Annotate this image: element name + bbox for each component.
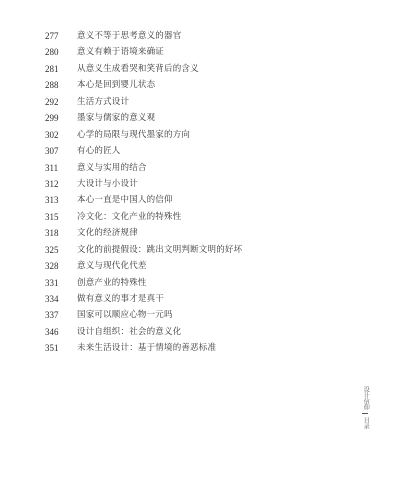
toc-entry-title: 设计自组织：社会的意义化 xyxy=(77,324,181,340)
toc-entry-title: 意义与实用的结合 xyxy=(77,160,147,176)
toc-entry[interactable]: 318文化的经济规律 xyxy=(45,225,365,241)
toc-entry[interactable]: 288本心是回到婴儿状态 xyxy=(45,77,365,93)
toc-page-number: 325 xyxy=(45,242,77,258)
toc-entry-title: 意义与现代化代差 xyxy=(77,258,147,274)
toc-entry-title: 文化的经济规律 xyxy=(77,225,138,241)
running-side-label: 设计信仰 目录 xyxy=(360,386,370,429)
toc-page-number: 328 xyxy=(45,258,77,274)
toc-entry[interactable]: 307有心的匠人 xyxy=(45,143,365,159)
toc-entry-title: 冷文化：文化产业的特殊性 xyxy=(77,209,181,225)
toc-entry[interactable]: 328意义与现代化代差 xyxy=(45,258,365,274)
toc-entry-title: 未来生活设计：基于情境的善恶标准 xyxy=(77,340,216,356)
side-label-divider xyxy=(362,413,368,414)
table-of-contents: 277意义不等于思考意义的器官 280意义有赖于语境来确证 281从意义生成看哭… xyxy=(45,28,365,357)
toc-entry[interactable]: 325文化的前提假设：跳出文明判断文明的好坏 xyxy=(45,242,365,258)
toc-entry[interactable]: 311意义与实用的结合 xyxy=(45,160,365,176)
toc-page-number: 277 xyxy=(45,28,77,44)
toc-entry[interactable]: 277意义不等于思考意义的器官 xyxy=(45,28,365,44)
toc-entry-title: 墨家与儒家的意义观 xyxy=(77,110,155,126)
toc-page-number: 313 xyxy=(45,192,77,208)
toc-entry-title: 意义不等于思考意义的器官 xyxy=(77,28,181,44)
toc-entry[interactable]: 302心学的局限与现代墨家的方向 xyxy=(45,127,365,143)
toc-entry[interactable]: 312大设计与小设计 xyxy=(45,176,365,192)
toc-page-number: 334 xyxy=(45,291,77,307)
section-label: 目录 xyxy=(362,417,369,429)
toc-entry[interactable]: 351未来生活设计：基于情境的善恶标准 xyxy=(45,340,365,356)
toc-page-number: 331 xyxy=(45,275,77,291)
toc-page-number: 318 xyxy=(45,225,77,241)
toc-entry-title: 做有意义的事才是真干 xyxy=(77,291,164,307)
toc-page-number: 351 xyxy=(45,340,77,356)
toc-page-number: 311 xyxy=(45,160,77,176)
toc-entry-title: 有心的匠人 xyxy=(77,143,121,159)
toc-entry-title: 创意产业的特殊性 xyxy=(77,275,147,291)
toc-entry-title: 意义有赖于语境来确证 xyxy=(77,44,164,60)
toc-page-number: 288 xyxy=(45,77,77,93)
toc-entry[interactable]: 313本心一直是中国人的信仰 xyxy=(45,192,365,208)
toc-entry[interactable]: 346设计自组织：社会的意义化 xyxy=(45,324,365,340)
toc-entry-title: 本心一直是中国人的信仰 xyxy=(77,192,173,208)
toc-page-number: 312 xyxy=(45,176,77,192)
toc-page-number: 346 xyxy=(45,324,77,340)
toc-entry[interactable]: 337国家可以顺应心物一元吗 xyxy=(45,307,365,323)
toc-entry[interactable]: 281从意义生成看哭和笑背后的含义 xyxy=(45,61,365,77)
book-title-label: 设计信仰 xyxy=(362,386,369,410)
toc-entry[interactable]: 280意义有赖于语境来确证 xyxy=(45,44,365,60)
toc-entry-title: 本心是回到婴儿状态 xyxy=(77,77,155,93)
toc-page-number: 302 xyxy=(45,127,77,143)
toc-page-number: 307 xyxy=(45,143,77,159)
toc-page-number: 337 xyxy=(45,307,77,323)
toc-page-number: 280 xyxy=(45,44,77,60)
toc-entry[interactable]: 331创意产业的特殊性 xyxy=(45,275,365,291)
toc-entry[interactable]: 334做有意义的事才是真干 xyxy=(45,291,365,307)
toc-entry-title: 国家可以顺应心物一元吗 xyxy=(77,307,173,323)
toc-entry-title: 生活方式设计 xyxy=(77,94,129,110)
toc-entry-title: 大设计与小设计 xyxy=(77,176,138,192)
toc-entry[interactable]: 292生活方式设计 xyxy=(45,94,365,110)
toc-page-number: 281 xyxy=(45,61,77,77)
toc-entry[interactable]: 299墨家与儒家的意义观 xyxy=(45,110,365,126)
toc-entry[interactable]: 315冷文化：文化产业的特殊性 xyxy=(45,209,365,225)
toc-entry-title: 文化的前提假设：跳出文明判断文明的好坏 xyxy=(77,242,242,258)
toc-page-number: 292 xyxy=(45,94,77,110)
toc-entry-title: 心学的局限与现代墨家的方向 xyxy=(77,127,190,143)
toc-entry-title: 从意义生成看哭和笑背后的含义 xyxy=(77,61,199,77)
toc-page-number: 299 xyxy=(45,110,77,126)
toc-page-number: 315 xyxy=(45,209,77,225)
